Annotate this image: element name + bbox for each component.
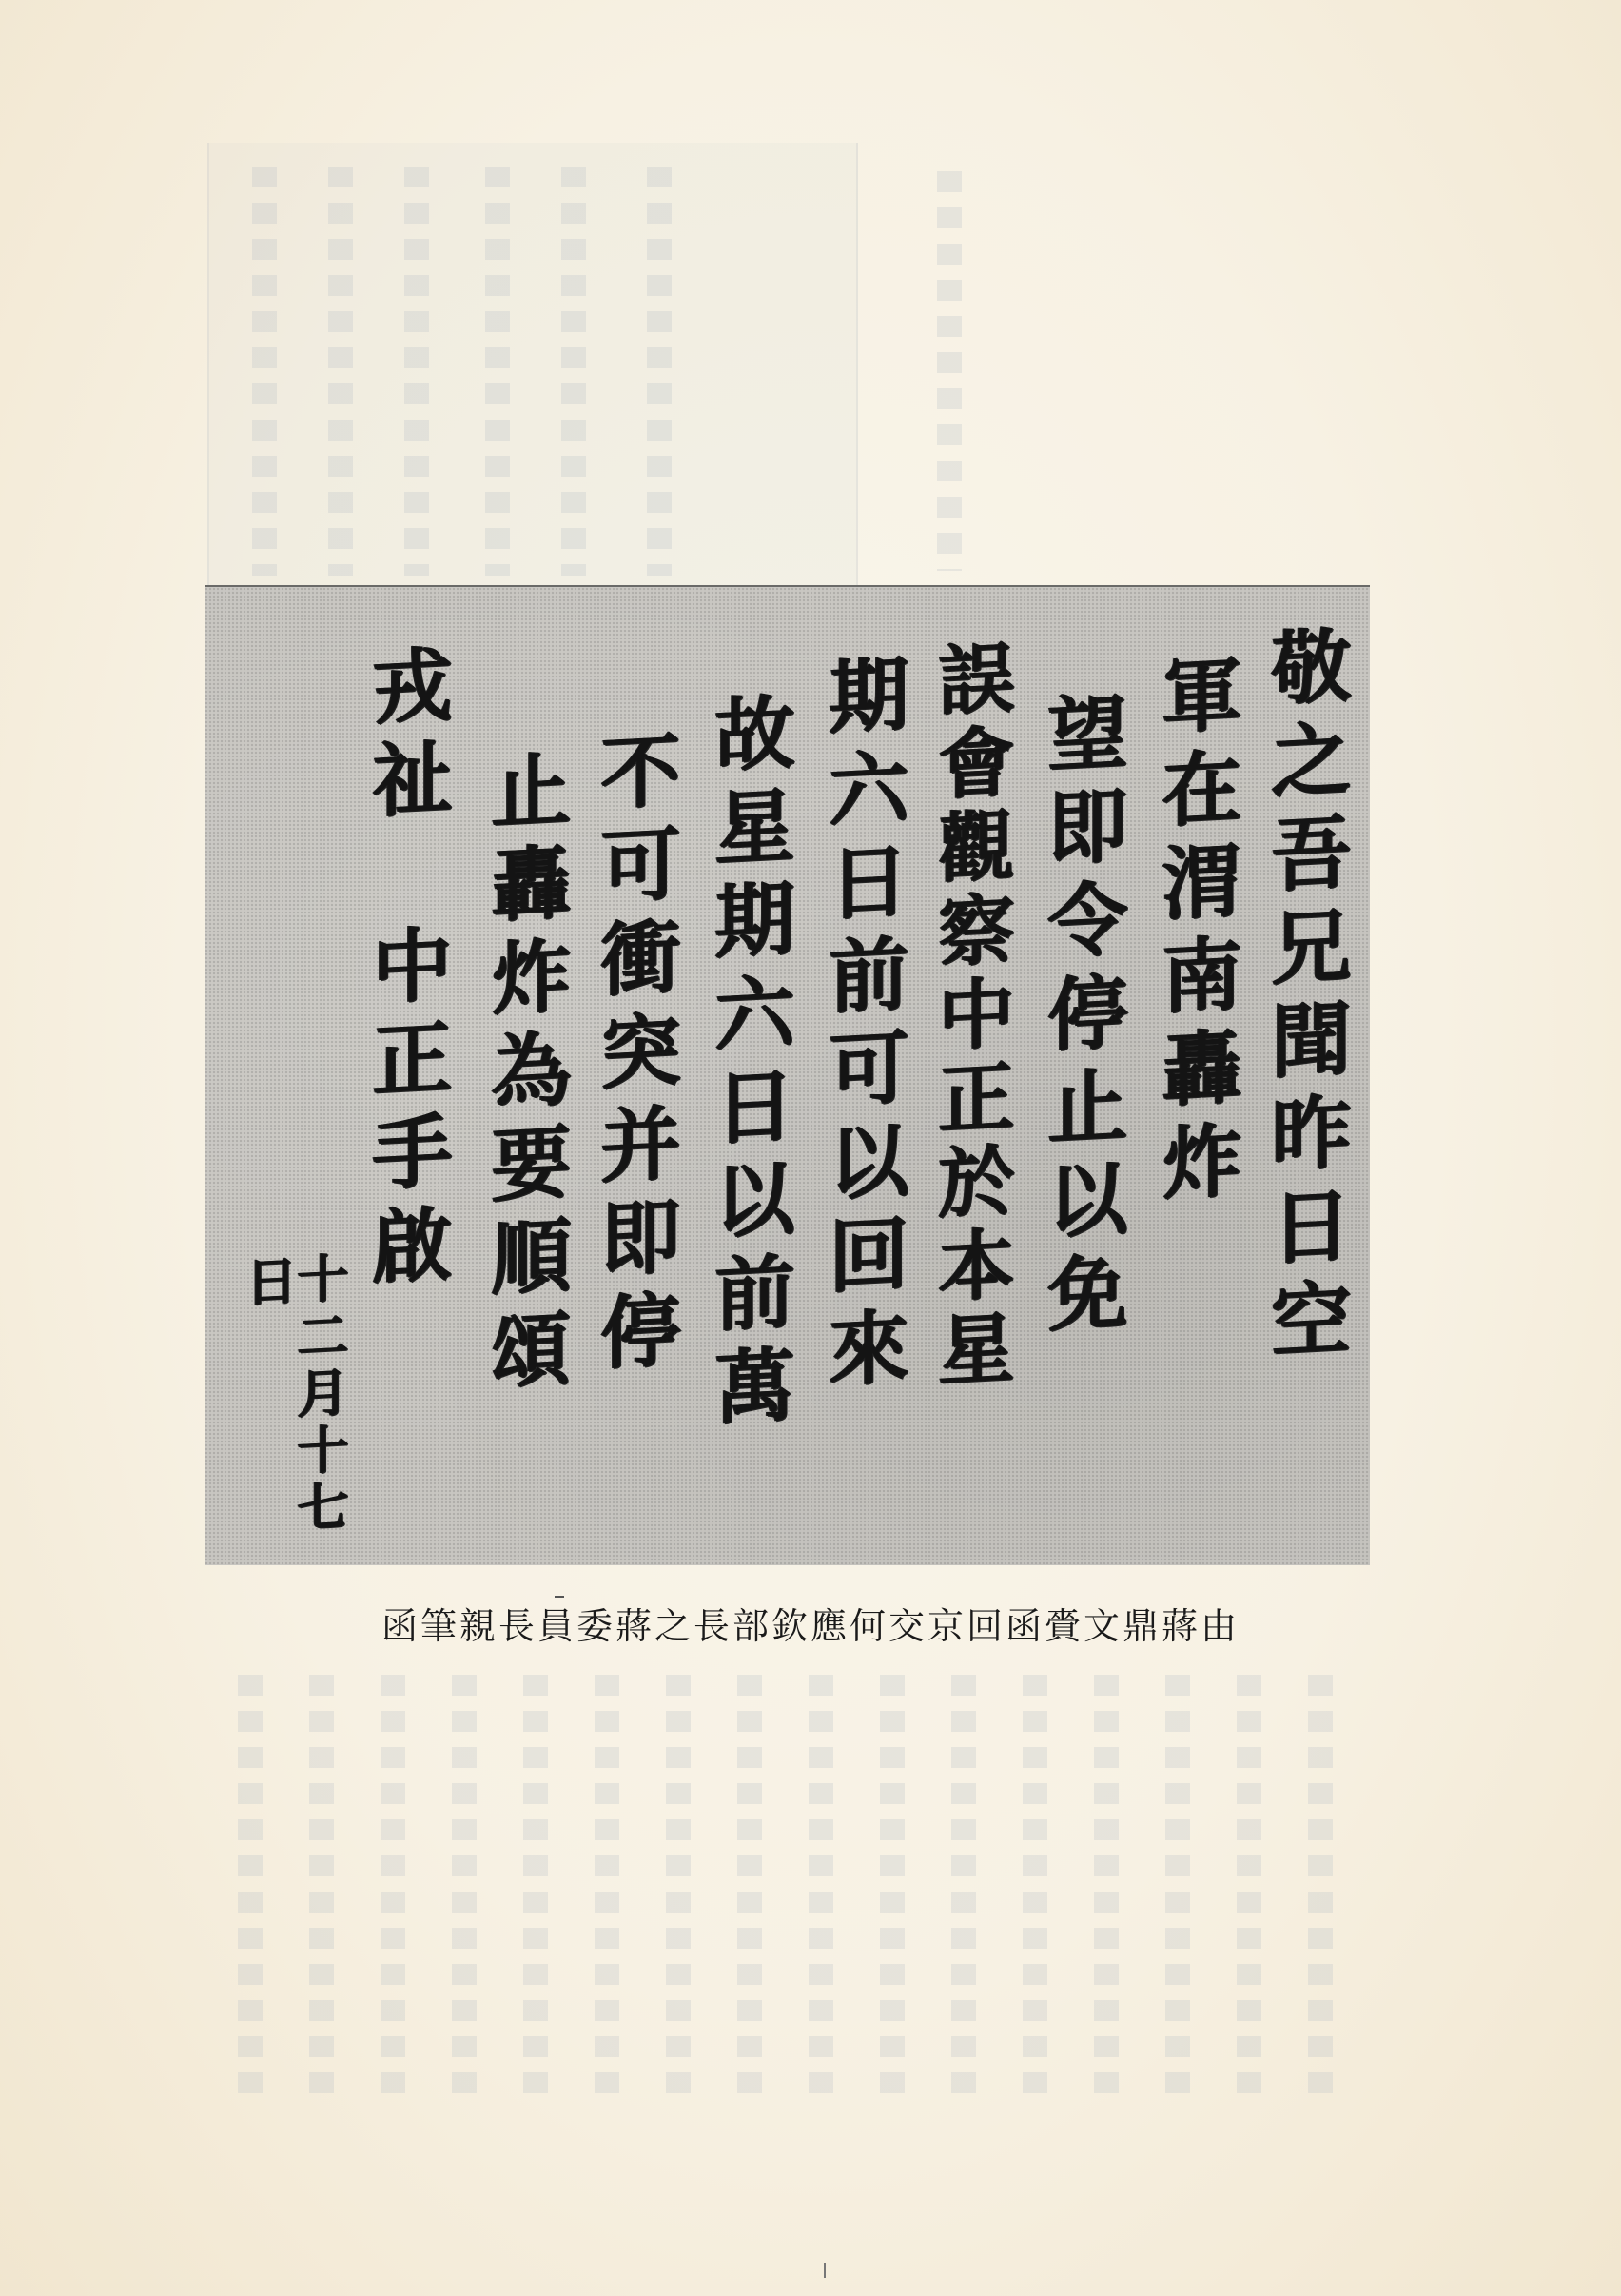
- bleed-through-text: [485, 167, 510, 576]
- letter-column-6: 故星期六日以前萬: [709, 690, 789, 1440]
- bleed-through-text: [937, 171, 962, 571]
- bleed-through-text: [404, 167, 429, 576]
- page-mark: [824, 2263, 826, 2278]
- calligraphy-letter-photo: 敬之吾兄聞昨日空 軍在渭南轟炸 望即令停止以免 誤會觀察中正於本星 期六日前可以…: [205, 585, 1370, 1565]
- letter-column-4: 誤會觀察中正於本星: [932, 638, 1008, 1395]
- bleed-through-frame: [207, 143, 858, 590]
- letter-column-9-signature: 戎祉 中正手啟: [366, 642, 446, 1299]
- bleed-through-lower-block: [219, 1665, 1389, 2103]
- letter-column-7: 不可衝突并即停: [595, 728, 674, 1384]
- letter-column-8: 止轟炸為要順頌: [485, 747, 565, 1403]
- letter-date: 十二月十七日: [243, 1250, 345, 1565]
- letter-column-5: 期六日前可以回來: [823, 652, 903, 1402]
- bleed-through-text: [328, 167, 353, 576]
- bleed-through-text: [561, 167, 586, 576]
- letter-column-1: 敬之吾兄聞昨日空: [1265, 623, 1345, 1373]
- bleed-through-text: [647, 167, 672, 576]
- bleed-through-text: [252, 167, 277, 576]
- letter-column-2: 軍在渭南轟炸: [1156, 652, 1236, 1215]
- letter-column-3: 望即令停止以免: [1042, 690, 1122, 1346]
- photo-caption: 函筆親長員委蔣之長部欽應何交京回函賫文鼎蔣由: [0, 1597, 1621, 1649]
